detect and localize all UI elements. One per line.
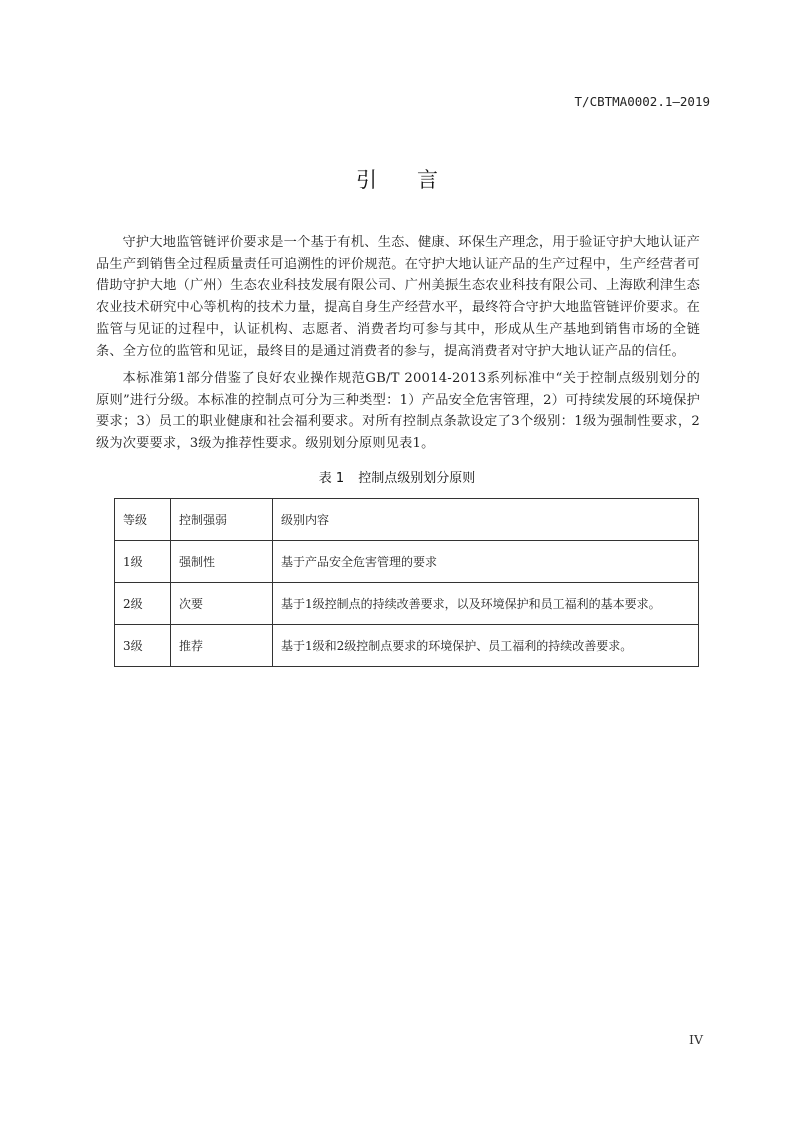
table-header-row: 等级 控制强弱 级别内容 bbox=[115, 499, 699, 541]
page-title: 引言 bbox=[0, 164, 794, 194]
cell-strength: 推荐 bbox=[171, 625, 273, 667]
header-cell-strength: 控制强弱 bbox=[171, 499, 273, 541]
intro-paragraph-2: 本标准第1部分借鉴了良好农业操作规范GB/T 20014-2013系列标准中“关… bbox=[96, 368, 700, 455]
intro-paragraph-1: 守护大地监管链评价要求是一个基于有机、生态、健康、环保生产理念，用于验证守护大地… bbox=[96, 232, 700, 362]
cell-content: 基于1级控制点的持续改善要求，以及环境保护和员工福利的基本要求。 bbox=[273, 583, 699, 625]
table-caption: 表 1控制点级别划分原则 bbox=[0, 467, 794, 486]
cell-content: 基于1级和2级控制点要求的环境保护、员工福利的持续改善要求。 bbox=[273, 625, 699, 667]
standard-number: T/CBTMA0002.1—2019 bbox=[575, 94, 710, 109]
cell-strength: 强制性 bbox=[171, 541, 273, 583]
table-caption-number: 表 1 bbox=[319, 471, 344, 486]
control-level-table: 等级 控制强弱 级别内容 1级 强制性 基于产品安全危害管理的要求 2级 次要 … bbox=[114, 498, 699, 667]
cell-level: 3级 bbox=[115, 625, 171, 667]
cell-level: 2级 bbox=[115, 583, 171, 625]
table-row: 1级 强制性 基于产品安全危害管理的要求 bbox=[115, 541, 699, 583]
table-row: 2级 次要 基于1级控制点的持续改善要求，以及环境保护和员工福利的基本要求。 bbox=[115, 583, 699, 625]
table-row: 3级 推荐 基于1级和2级控制点要求的环境保护、员工福利的持续改善要求。 bbox=[115, 625, 699, 667]
table-caption-title: 控制点级别划分原则 bbox=[358, 471, 475, 486]
page-number: IV bbox=[689, 1032, 703, 1047]
title-char-2: 言 bbox=[417, 164, 438, 194]
header-cell-content: 级别内容 bbox=[273, 499, 699, 541]
cell-content: 基于产品安全危害管理的要求 bbox=[273, 541, 699, 583]
cell-strength: 次要 bbox=[171, 583, 273, 625]
title-char-1: 引 bbox=[356, 164, 377, 194]
header-cell-level: 等级 bbox=[115, 499, 171, 541]
cell-level: 1级 bbox=[115, 541, 171, 583]
